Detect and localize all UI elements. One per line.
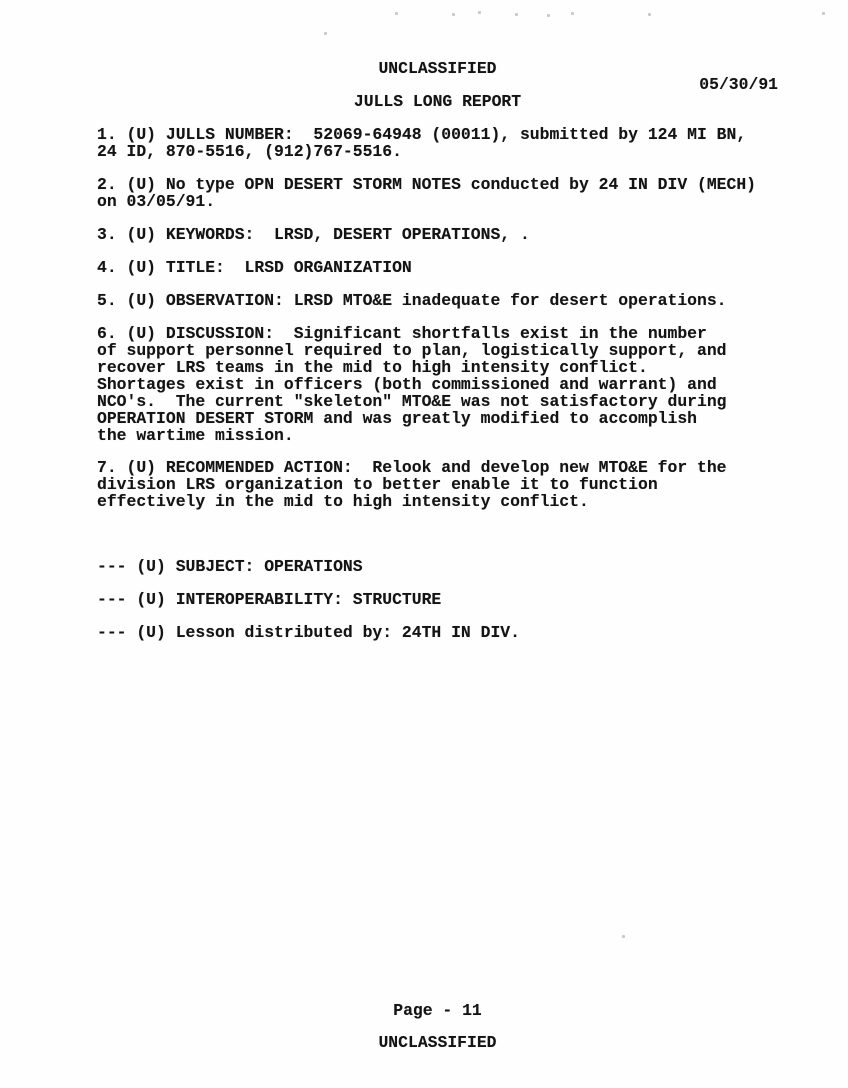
item-discussion: 6. (U) DISCUSSION: Significant shortfall… [97,325,778,444]
item-operation-notes: 2. (U) No type OPN DESERT STORM NOTES co… [97,176,778,210]
scan-speck [395,12,398,15]
item-recommended-action: 7. (U) RECOMMENDED ACTION: Relook and de… [97,459,778,510]
scan-speck [648,13,651,16]
scan-speck [622,935,625,938]
item-observation: 5. (U) OBSERVATION: LRSD MTO&E inadequat… [97,292,778,309]
report-date: 05/30/91 [97,76,778,93]
footnote-distribution: --- (U) Lesson distributed by: 24TH IN D… [97,624,778,641]
classification-header: UNCLASSIFIED [97,60,778,77]
report-title: JULLS LONG REPORT [97,93,778,110]
footnote-interoperability: --- (U) INTEROPERABILITY: STRUCTURE [97,591,778,608]
item-keywords: 3. (U) KEYWORDS: LRSD, DESERT OPERATIONS… [97,226,778,243]
document-page: UNCLASSIFIED 05/30/91 JULLS LONG REPORT … [0,0,848,1088]
scan-speck [515,13,518,16]
scan-speck [324,32,327,35]
item-julls-number: 1. (U) JULLS NUMBER: 52069-64948 (00011)… [97,126,778,160]
scan-speck [478,11,481,14]
scan-speck [571,12,574,15]
scan-speck [822,12,825,15]
item-title: 4. (U) TITLE: LRSD ORGANIZATION [97,259,778,276]
footnote-subject: --- (U) SUBJECT: OPERATIONS [97,558,778,575]
page-number: Page - 11 [97,1002,778,1019]
scan-speck [452,13,455,16]
classification-footer: UNCLASSIFIED [97,1034,778,1051]
scan-speck [547,14,550,17]
